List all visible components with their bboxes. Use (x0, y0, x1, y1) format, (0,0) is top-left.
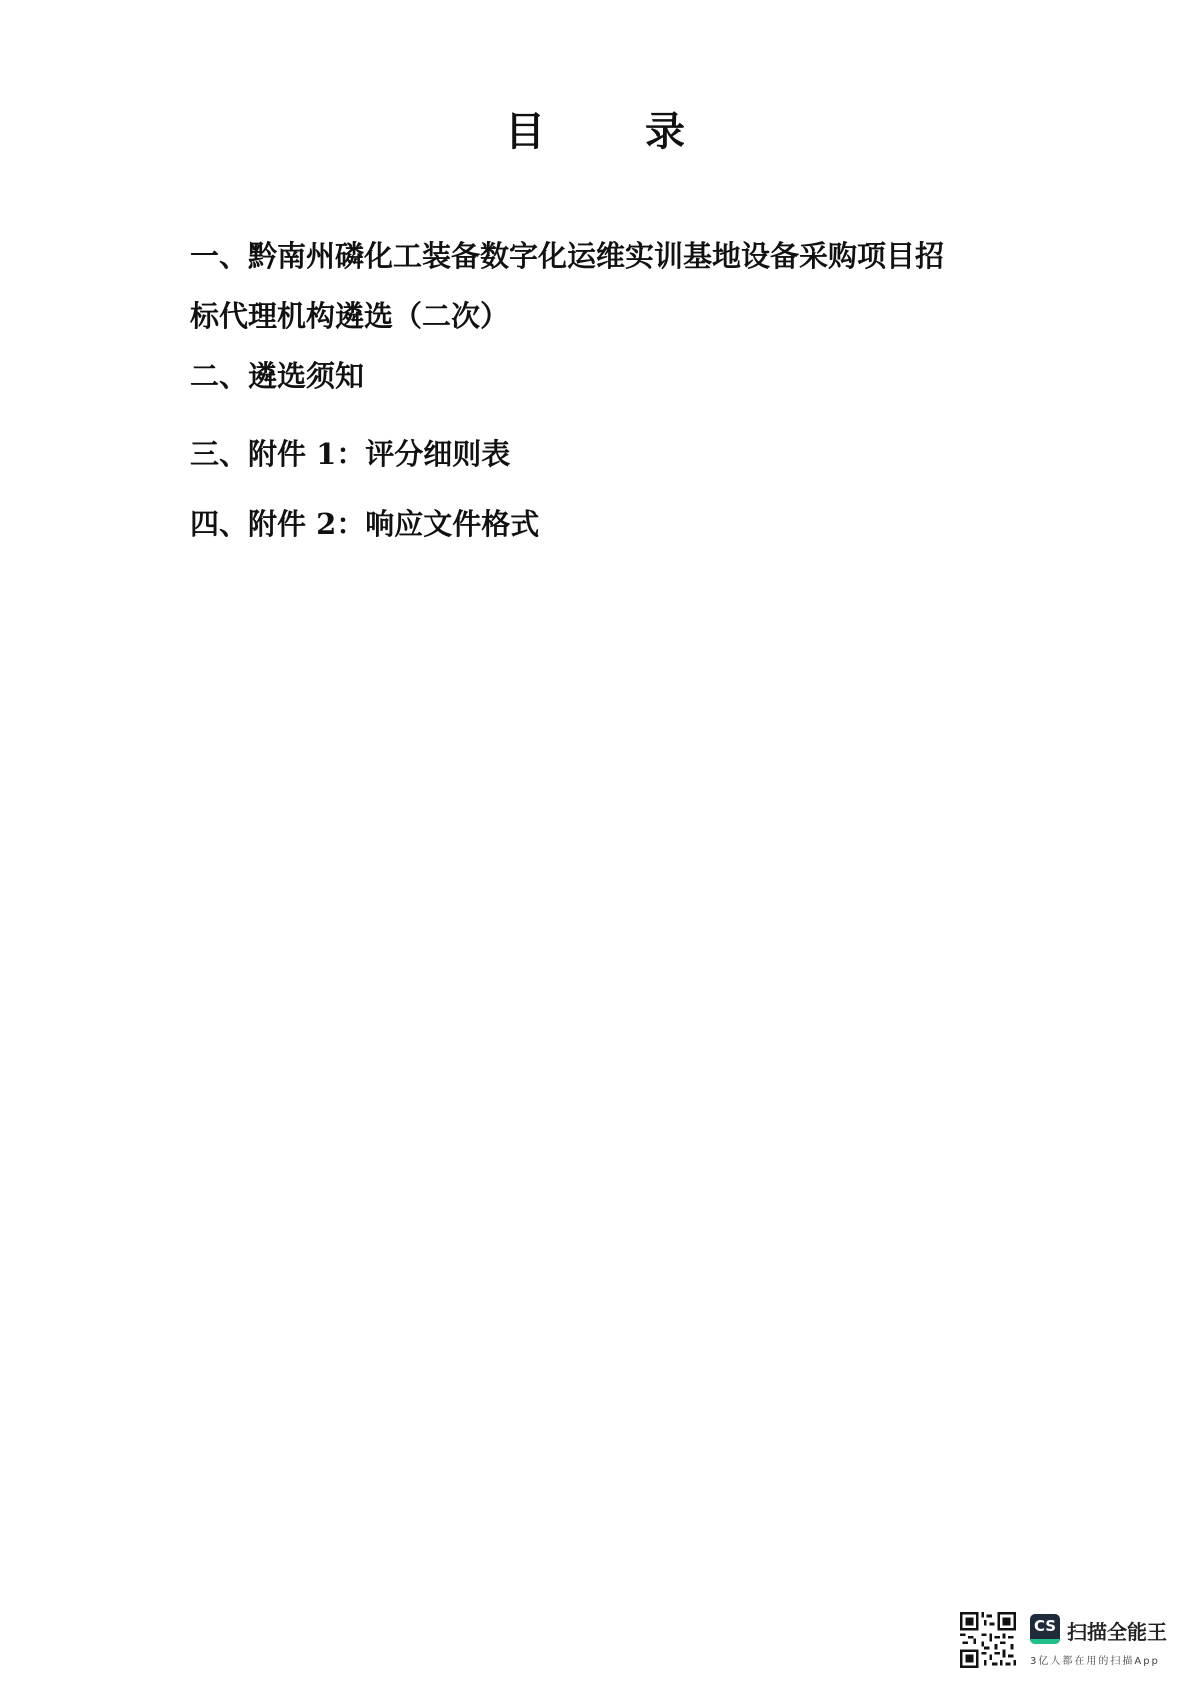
page-title: 目录 (0, 100, 1190, 157)
qr-code-icon (960, 1612, 1016, 1668)
brand-tagline: 3亿人都在用的扫描App (1030, 1652, 1160, 1667)
scanner-watermark: CS 扫描全能王 3亿人都在用的扫描App (960, 1610, 1180, 1670)
logo-text: CS (1030, 1617, 1060, 1635)
toc-item-1-line1: 一、黔南州磷化工装备数字化运维实训基地设备采购项目招 (190, 236, 944, 276)
camscanner-logo: CS (1030, 1614, 1060, 1644)
title-char-2: 录 (645, 100, 685, 157)
logo-accent-bar (1030, 1639, 1060, 1644)
title-char-1: 目 (505, 100, 545, 157)
toc-item-3: 三、附件 1：评分细则表 (190, 434, 510, 474)
toc-item-1-line2: 标代理机构遴选（二次） (190, 296, 509, 336)
toc-item-2: 二、遴选须知 (190, 356, 364, 396)
toc-item-4: 四、附件 2：响应文件格式 (190, 504, 539, 544)
brand-name: 扫描全能王 (1067, 1616, 1167, 1645)
